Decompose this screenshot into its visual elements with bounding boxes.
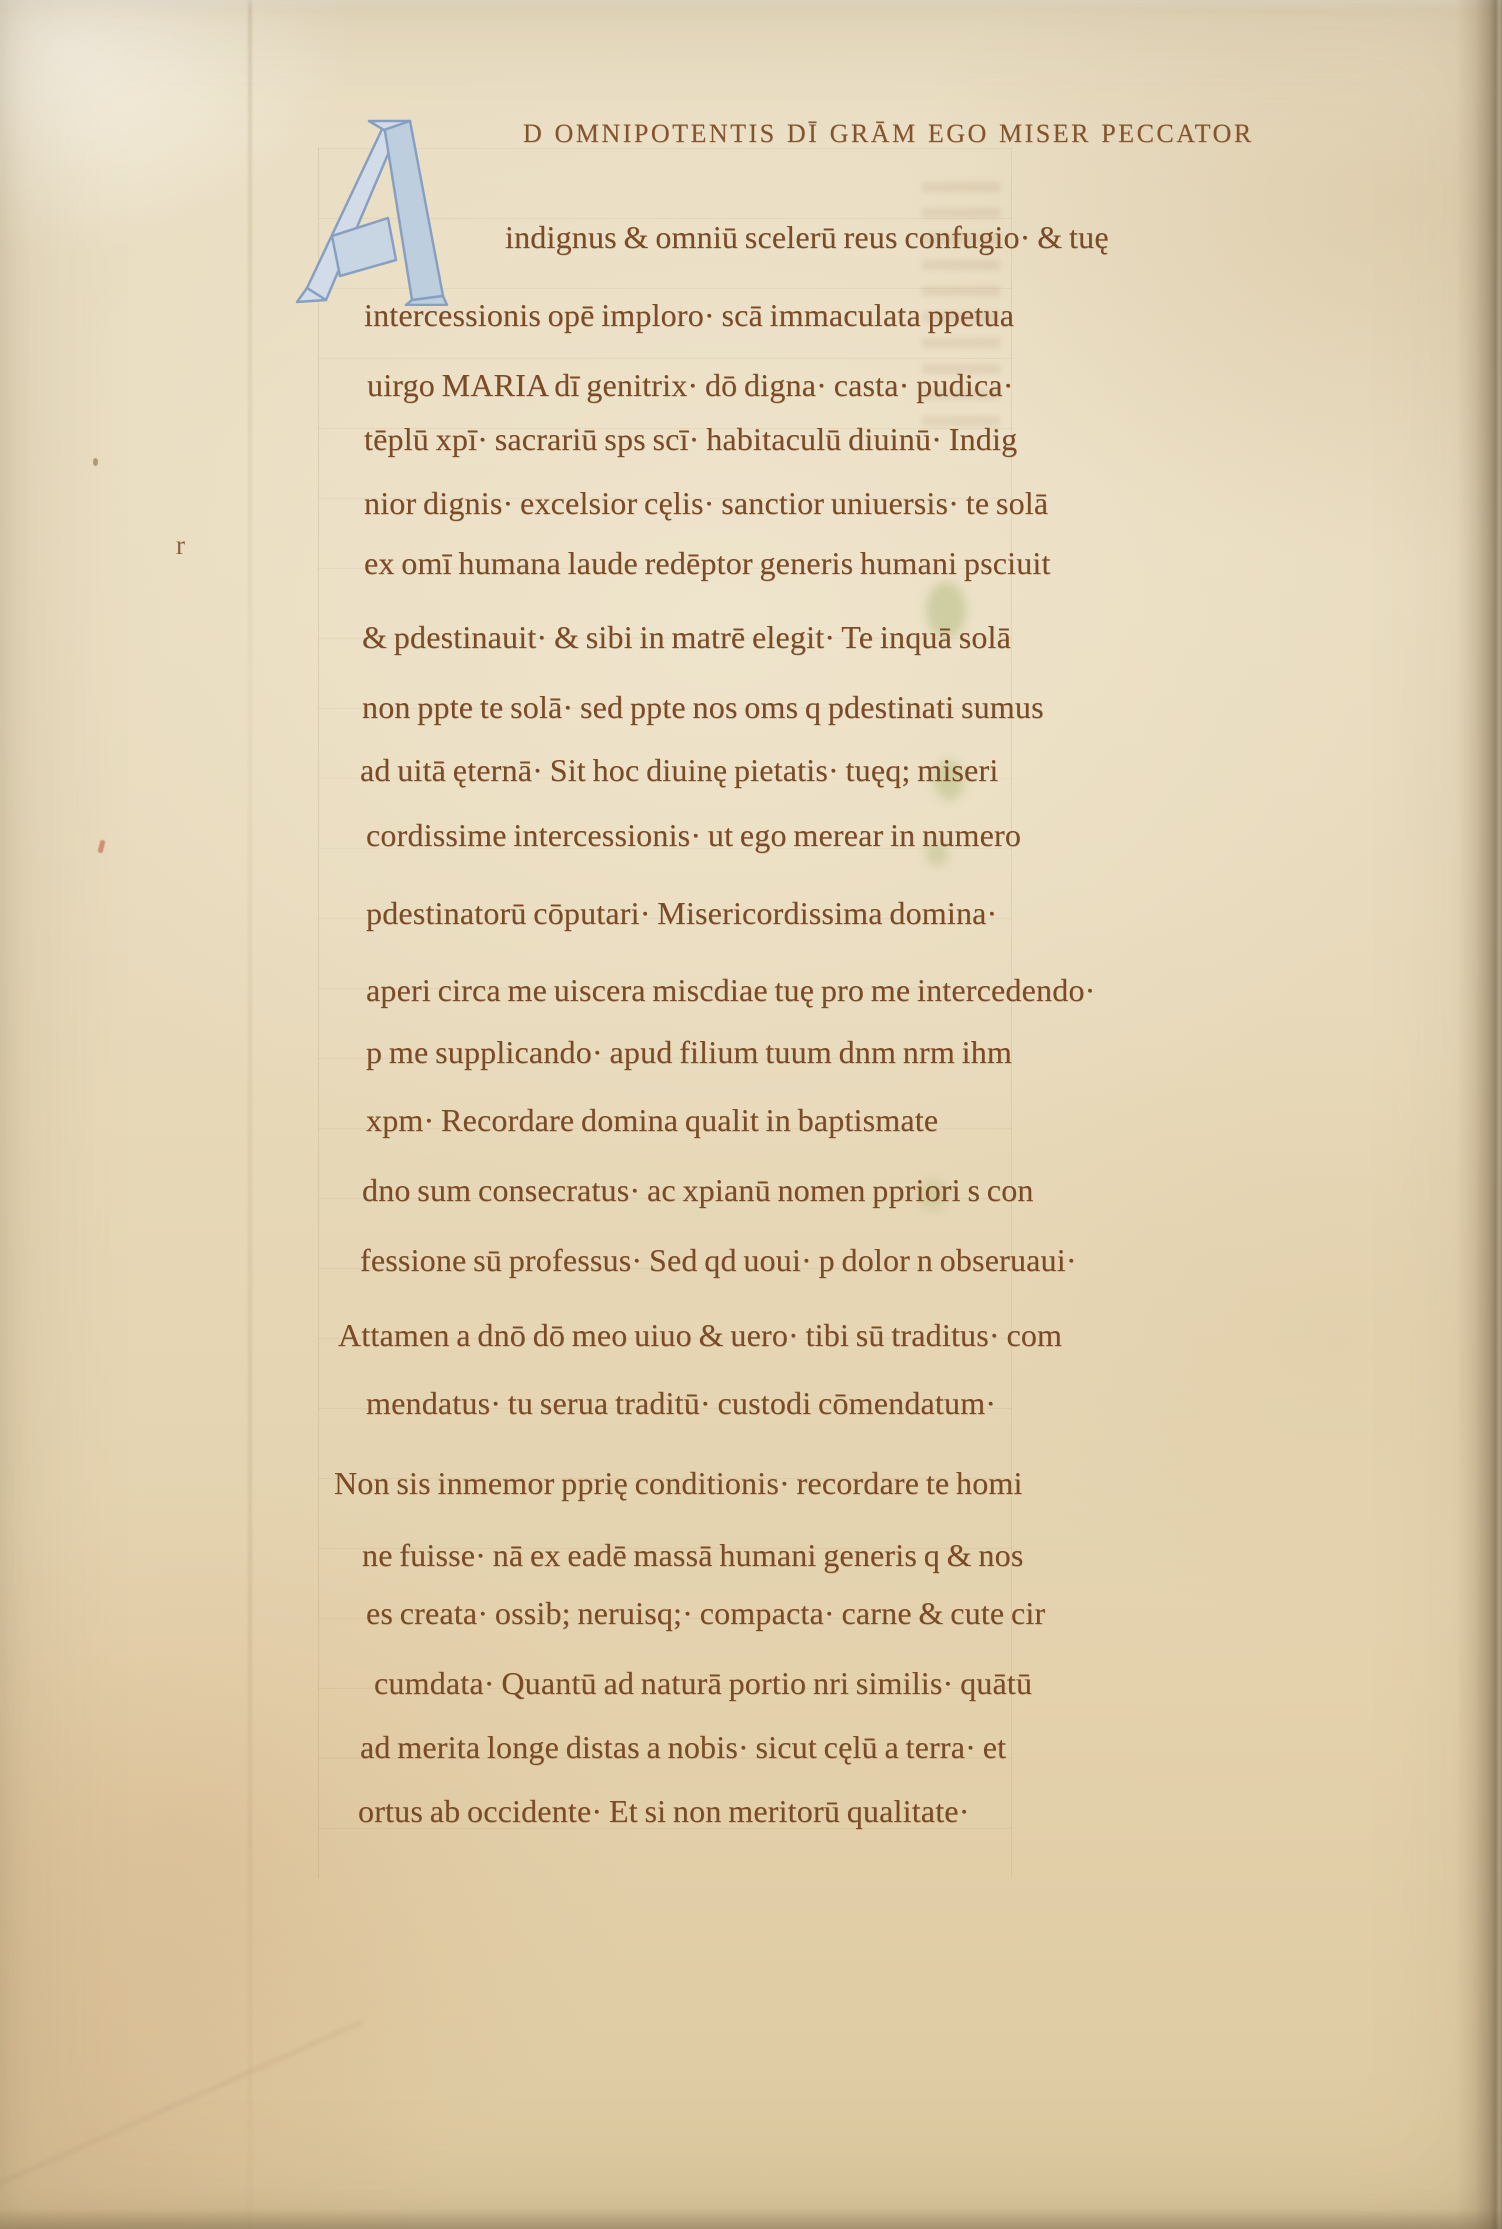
manuscript-line: indignus & omniū scelerū reus confugio· … bbox=[505, 216, 1109, 259]
marginal-note: r bbox=[176, 530, 185, 561]
manuscript-line: ad uitā ęternā· Sit hoc diuinę pietatis·… bbox=[360, 749, 998, 792]
manuscript-line: uirgo MARIA dī genitrix· dō digna· casta… bbox=[367, 364, 1014, 407]
manuscript-line: es creata· ossib; neruisq;· compacta· ca… bbox=[366, 1592, 1045, 1635]
manuscript-line: cordissime intercessionis· ut ego merear… bbox=[366, 814, 1021, 857]
manuscript-page: r d omnipotentis dī grām ego miser pecca… bbox=[0, 0, 1502, 2229]
manuscript-line: non ppte te solā· sed ppte nos oms q pde… bbox=[362, 686, 1044, 729]
manuscript-line: ex omī humana laude redēptor generis hum… bbox=[364, 542, 1051, 585]
vertical-crease bbox=[248, 0, 252, 2229]
manuscript-line: aperi circa me uiscera miscdiae tuę pro … bbox=[366, 969, 1096, 1012]
manuscript-line: fessione sū professus· Sed qd uoui· p do… bbox=[360, 1239, 1077, 1282]
red-margin-mark bbox=[98, 840, 106, 854]
manuscript-line: ne fuisse· nā ex eadē massā humani gener… bbox=[362, 1534, 1023, 1577]
initial-a-glyph bbox=[294, 118, 452, 306]
manuscript-line: cumdata· Quantū ad naturā portio nri sim… bbox=[374, 1662, 1032, 1705]
manuscript-line: nior dignis· excelsior cęlis· sanctior u… bbox=[364, 482, 1048, 525]
page-edge-gutter bbox=[1456, 0, 1502, 2229]
ink-speck bbox=[93, 458, 98, 466]
manuscript-line: dno sum consecratus· ac xpianū nomen ppr… bbox=[362, 1169, 1034, 1212]
manuscript-line: p me supplicando· apud filium tuum dnm n… bbox=[366, 1031, 1012, 1074]
manuscript-line: d omnipotentis dī grām ego miser peccato… bbox=[523, 106, 1254, 156]
manuscript-line: Non sis inmemor pprię conditionis· recor… bbox=[334, 1462, 1023, 1505]
page-edge-bottom bbox=[0, 2209, 1502, 2229]
illuminated-initial-A bbox=[294, 118, 452, 306]
page-edge-top bbox=[0, 0, 1502, 10]
manuscript-line: ortus ab occidente· Et si non meritorū q… bbox=[358, 1790, 970, 1833]
manuscript-line: xpm· Recordare domina qualit in baptisma… bbox=[366, 1099, 938, 1142]
manuscript-line: intercessionis opē imploro· scā immacula… bbox=[364, 294, 1014, 337]
manuscript-line: tēplū xpī· sacrariū sps scī· habitaculū … bbox=[364, 418, 1017, 461]
manuscript-line: & pdestinauit· & sibi in matrē elegit· T… bbox=[362, 616, 1011, 659]
corner-crease bbox=[0, 2021, 362, 2195]
manuscript-line: mendatus· tu serua traditū· custodi cōme… bbox=[366, 1382, 996, 1425]
manuscript-line: pdestinatorū cōputari· Misericordissima … bbox=[366, 892, 997, 935]
manuscript-line: ad merita longe distas a nobis· sicut cę… bbox=[360, 1726, 1006, 1769]
manuscript-line: Attamen a dnō dō meo uiuo & uero· tibi s… bbox=[338, 1314, 1062, 1357]
